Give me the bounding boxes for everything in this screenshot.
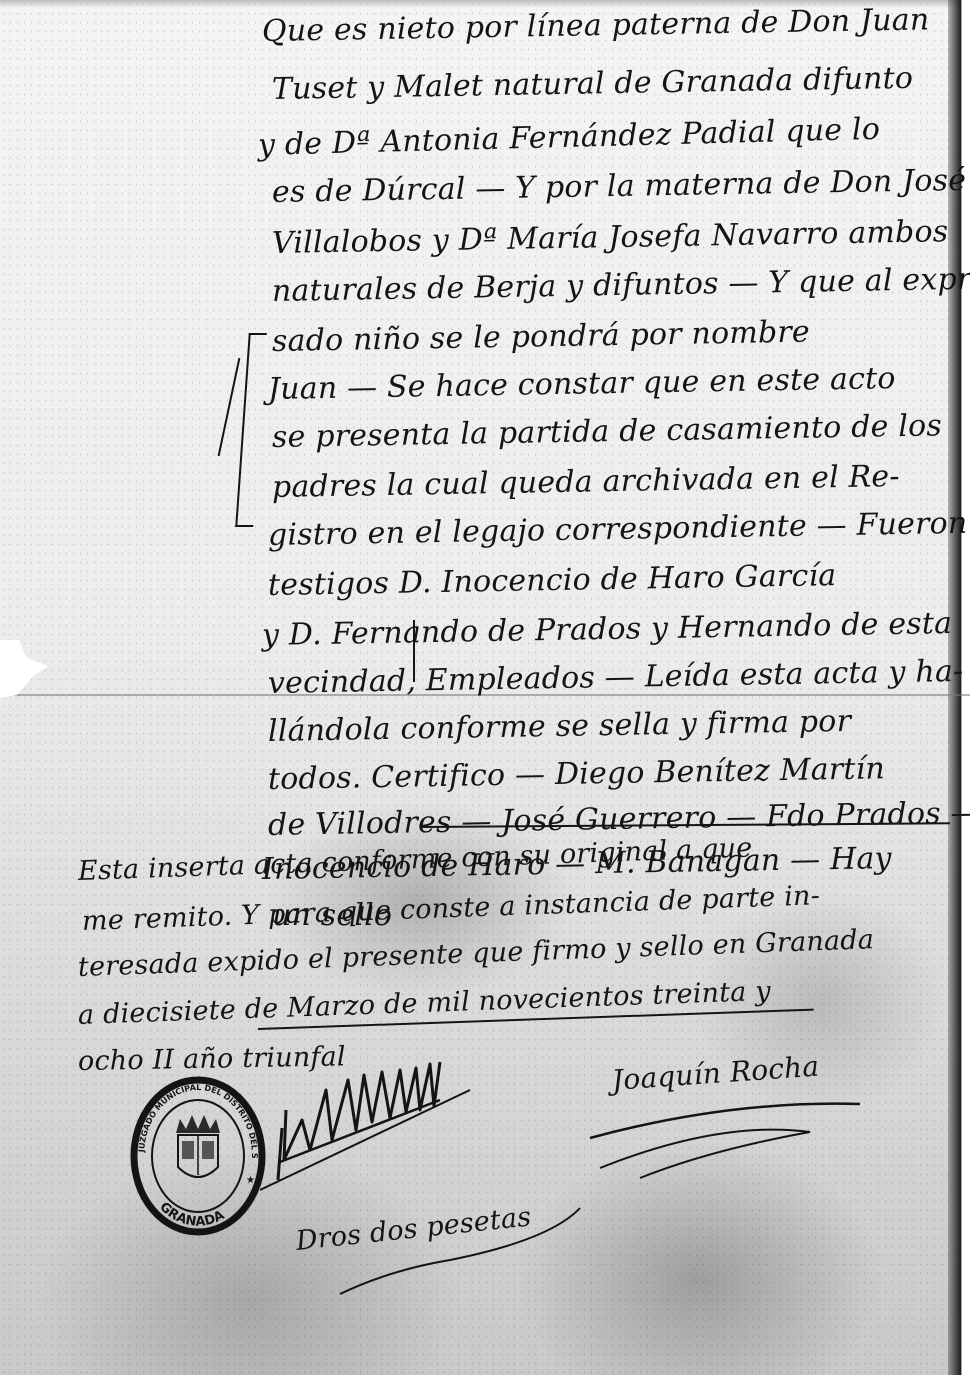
insertion-mark [413, 620, 415, 682]
fees-note-flourish [250, 1200, 610, 1300]
svg-text:★: ★ [246, 1175, 255, 1186]
official-seal: JUZGADO MUNICIPAL DEL DISTRITO DEL SALVA… [128, 1075, 268, 1237]
seal-icon: JUZGADO MUNICIPAL DEL DISTRITO DEL SALVA… [128, 1075, 268, 1237]
left-signature-flourish [260, 1050, 530, 1200]
right-signature-underline [580, 1090, 880, 1180]
